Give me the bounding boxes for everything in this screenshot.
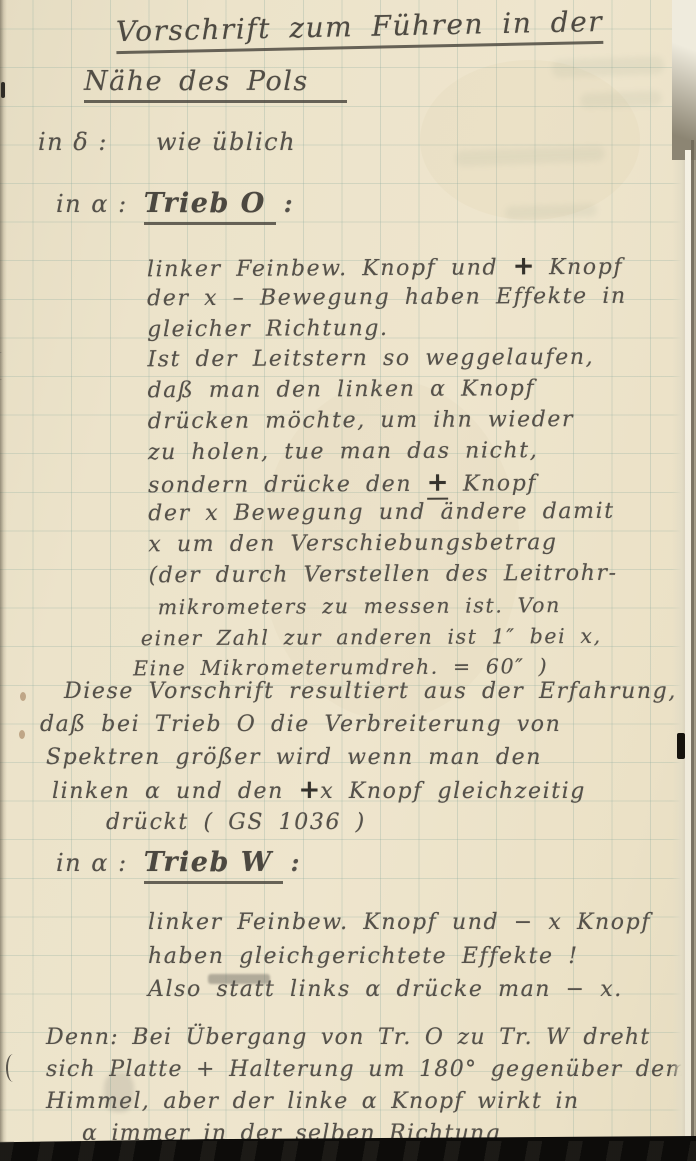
pencil-smudge (104, 1072, 134, 1112)
plus-symbol: + (298, 775, 320, 805)
handwritten-line: daß man den linken α Knopf (148, 374, 628, 407)
delta-prefix: in δ : (38, 128, 108, 156)
handwritten-line: haben gleichgerichtete Effekte ! (148, 940, 651, 974)
line-text: x Knopf gleichzeitig (320, 779, 586, 804)
declination-line: in δ :wie üblich (38, 128, 296, 156)
right-page-edge-corner (672, 0, 696, 160)
line-text: linken α und den (52, 779, 298, 804)
line-text: sondern drücke den (148, 471, 427, 497)
line-text: linker Feinbew. Knopf und (147, 255, 513, 282)
handwritten-line: x um den Verschiebungsbetrag (148, 528, 628, 561)
plus-symbol: + (513, 251, 535, 281)
handwritten-line: gleicher Richtung. (147, 312, 627, 345)
alpha-prefix: in α : (56, 849, 128, 877)
notebook-page-scan: Vorschrift zum Führen in der Nähe des Po… (0, 0, 696, 1161)
handwritten-line: Diese Vorschrift resultiert aus der Erfa… (64, 676, 677, 709)
trieb-o-paragraph: linker Feinbew. Knopf und + Knopf der x … (147, 251, 629, 685)
left-page-edge-shadow (0, 0, 7, 1161)
trieb-w-colon: : (291, 848, 301, 877)
handwritten-line: drücken möchte, um ihn wieder (148, 405, 628, 438)
handwritten-line: daß bei Trieb O die Verbreiterung von (40, 709, 677, 742)
declination-note: wie üblich (156, 128, 296, 156)
edge-paren-mark (6, 1054, 20, 1082)
trieb-o-colon: : (284, 189, 294, 218)
handwritten-line: Spektren größer wird wenn man den (46, 742, 677, 775)
handwritten-line: einer Zahl zur anderen ist 1″ bei x, (141, 620, 629, 653)
denn-paragraph: Denn: Bei Übergang von Tr. O zu Tr. W dr… (46, 1022, 688, 1150)
right-edge-ink-mark (677, 733, 685, 759)
trieb-w-paragraph: linker Feinbew. Knopf und − x Knopf habe… (148, 906, 651, 1007)
handwritten-line: Ist der Leitstern so weggelaufen, (147, 343, 627, 376)
handwritten-line: sondern drücke den + Knopf (148, 466, 628, 499)
handwritten-line: drückt ( GS 1036 ) (106, 807, 677, 840)
bleed-through-ghost (580, 91, 662, 109)
handwritten-line: linker Feinbew. Knopf und + Knopf (147, 251, 627, 284)
edge-rust-spot (19, 730, 25, 739)
page-subtitle: Nähe des Pols (84, 66, 347, 103)
handwritten-line: Denn: Bei Übergang von Tr. O zu Tr. W dr… (46, 1022, 688, 1054)
handwritten-line: sich Platte + Halterung um 180° gegenübe… (46, 1054, 688, 1086)
handwritten-line: mikrometers zu messen ist. Von (158, 590, 629, 623)
bottom-binding-texture (0, 1141, 696, 1161)
trieb-o-heading: Trieb O (144, 188, 276, 225)
line-text: Knopf (448, 471, 537, 496)
handwritten-line: Himmel, aber der linke α Knopf wirkt in (46, 1086, 688, 1118)
plus-symbol: + (427, 467, 449, 499)
handwritten-line: der x Bewegung und ändere damit (148, 497, 628, 530)
edge-pencil-tick (1, 82, 5, 98)
trieb-w-heading: Trieb W (144, 847, 283, 884)
erasure-smudge (208, 974, 270, 984)
ra-trieb-w-heading-line: in α :Trieb W: (56, 847, 301, 884)
edge-rust-spot (20, 692, 26, 701)
ra-trieb-o-heading-line: in α :Trieb O: (56, 188, 294, 225)
right-page-edge-line (691, 140, 694, 1161)
handwritten-line: der x – Bewegung haben Effekte in (147, 282, 627, 315)
handwritten-line: zu holen, tue man das nicht, (148, 436, 628, 469)
subtitle-underlined-text: Nähe des Pols (84, 66, 347, 103)
erfahrung-paragraph: Diese Vorschrift resultiert aus der Erfa… (40, 676, 677, 840)
handwritten-line: (der durch Verstellen des Leitrohr- (148, 559, 628, 592)
alpha-prefix: in α : (56, 190, 128, 218)
line-text: Knopf (534, 255, 623, 280)
handwritten-line: linker Feinbew. Knopf und − x Knopf (148, 906, 651, 940)
handwritten-line: linken α und den +x Knopf gleichzeitig (52, 774, 677, 807)
